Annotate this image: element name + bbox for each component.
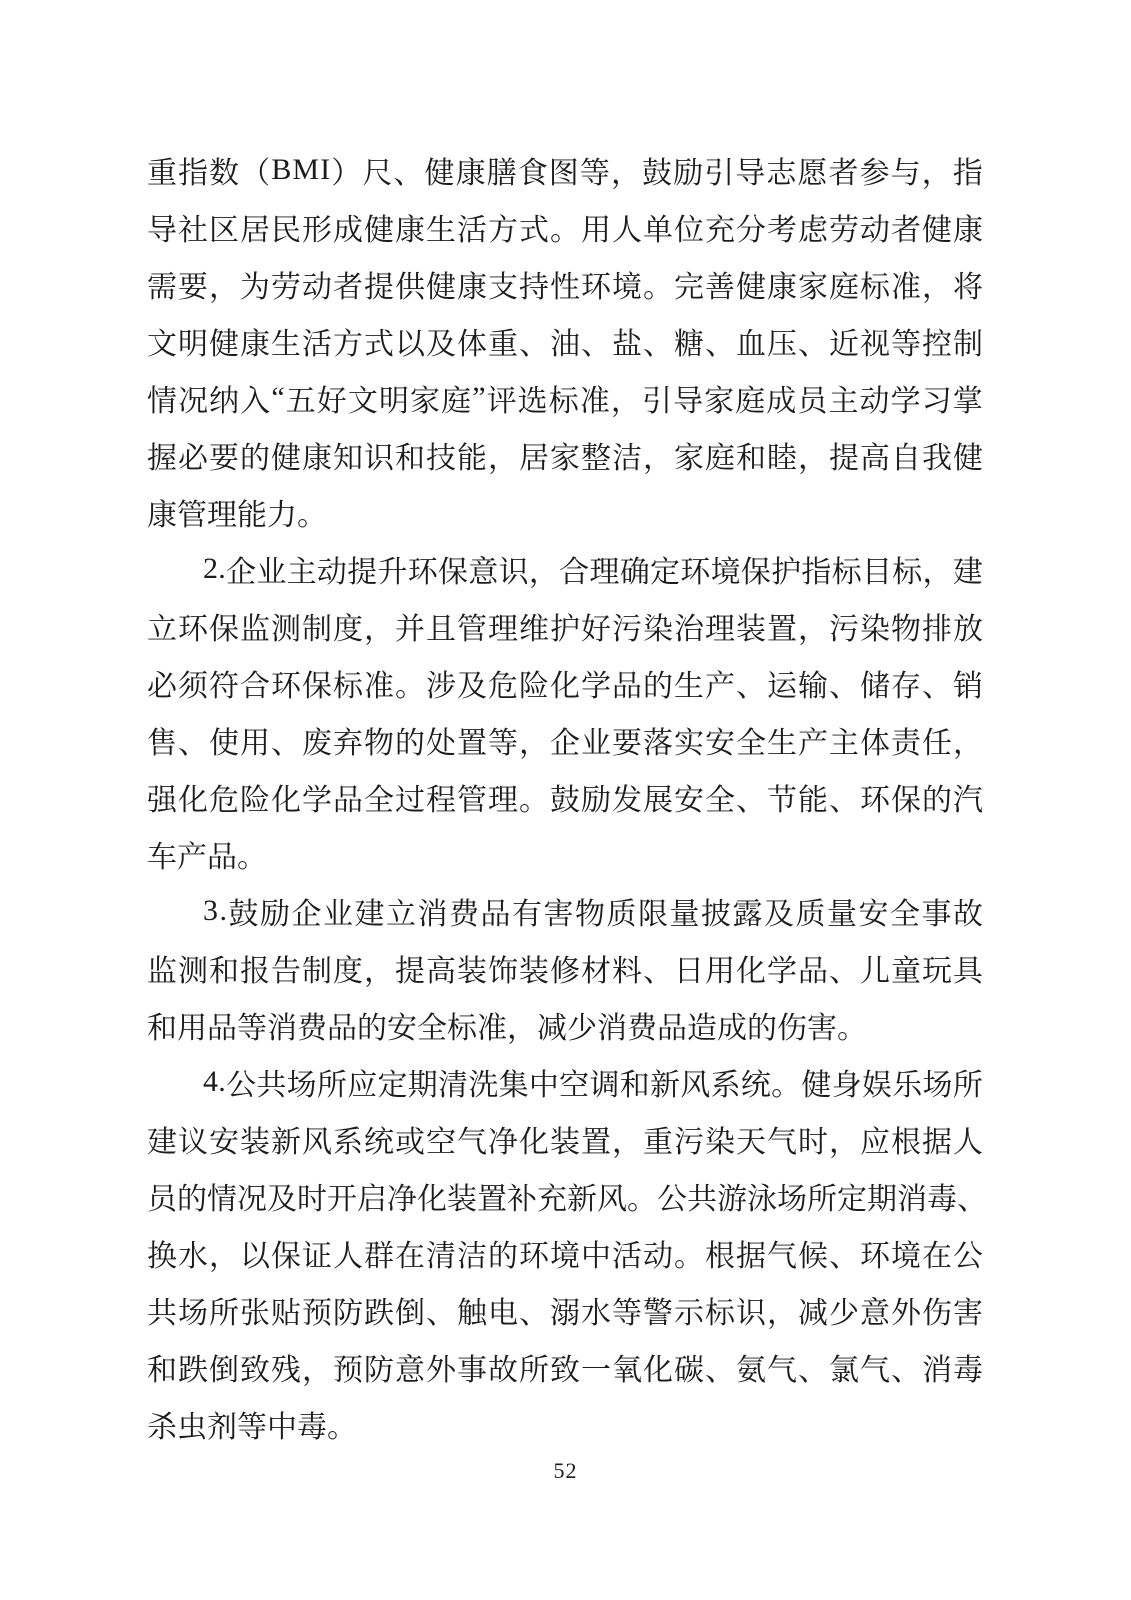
text-line: 建议安装新风系统或空气净化装置，重污染天气时，应根据人 <box>147 1110 983 1167</box>
text-line: 4.公共场所应定期清洗集中空调和新风系统。健身娱乐场所 <box>147 1053 983 1110</box>
text-line: 和用品等消费品的安全标准，减少消费品造成的伤害。 <box>147 996 983 1053</box>
text-line: 强化危险化学品全过程管理。鼓励发展安全、节能、环保的汽 <box>147 768 983 825</box>
document-page: 重指数（BMI）尺、健康膳食图等，鼓励引导志愿者参与，指 导社区居民形成健康生活… <box>0 0 1131 1600</box>
document-text: 重指数（BMI）尺、健康膳食图等，鼓励引导志愿者参与，指 导社区居民形成健康生活… <box>147 141 983 1452</box>
text-line: 2.企业主动提升环保意识，合理确定环境保护指标目标，建 <box>147 540 983 597</box>
text-line: 文明健康生活方式以及体重、油、盐、糖、血压、近视等控制 <box>147 312 983 369</box>
text-line: 换水，以保证人群在清洁的环境中活动。根据气候、环境在公 <box>147 1224 983 1281</box>
text-line: 需要，为劳动者提供健康支持性环境。完善健康家庭标准，将 <box>147 255 983 312</box>
text-line: 康管理能力。 <box>147 483 983 540</box>
text-line: 导社区居民形成健康生活方式。用人单位充分考虑劳动者健康 <box>147 198 983 255</box>
text-line: 握必要的健康知识和技能，居家整洁，家庭和睦，提高自我健 <box>147 426 983 483</box>
text-line: 重指数（BMI）尺、健康膳食图等，鼓励引导志愿者参与，指 <box>147 141 983 198</box>
text-line: 杀虫剂等中毒。 <box>147 1395 983 1452</box>
text-line: 监测和报告制度，提高装饰装修材料、日用化学品、儿童玩具 <box>147 939 983 996</box>
text-line: 共场所张贴预防跌倒、触电、溺水等警示标识，减少意外伤害 <box>147 1281 983 1338</box>
text-line: 情况纳入“五好文明家庭”评选标准，引导家庭成员主动学习掌 <box>147 369 983 426</box>
page-number: 52 <box>0 1458 1131 1484</box>
text-line: 必须符合环保标准。涉及危险化学品的生产、运输、储存、销 <box>147 654 983 711</box>
text-line: 售、使用、废弃物的处置等，企业要落实安全生产主体责任， <box>147 711 983 768</box>
text-line: 车产品。 <box>147 825 983 882</box>
text-line: 和跌倒致残，预防意外事故所致一氧化碳、氨气、氯气、消毒 <box>147 1338 983 1395</box>
text-line: 3.鼓励企业建立消费品有害物质限量披露及质量安全事故 <box>147 882 983 939</box>
text-line: 立环保监测制度，并且管理维护好污染治理装置，污染物排放 <box>147 597 983 654</box>
text-line: 员的情况及时开启净化装置补充新风。公共游泳场所定期消毒、 <box>147 1167 983 1224</box>
